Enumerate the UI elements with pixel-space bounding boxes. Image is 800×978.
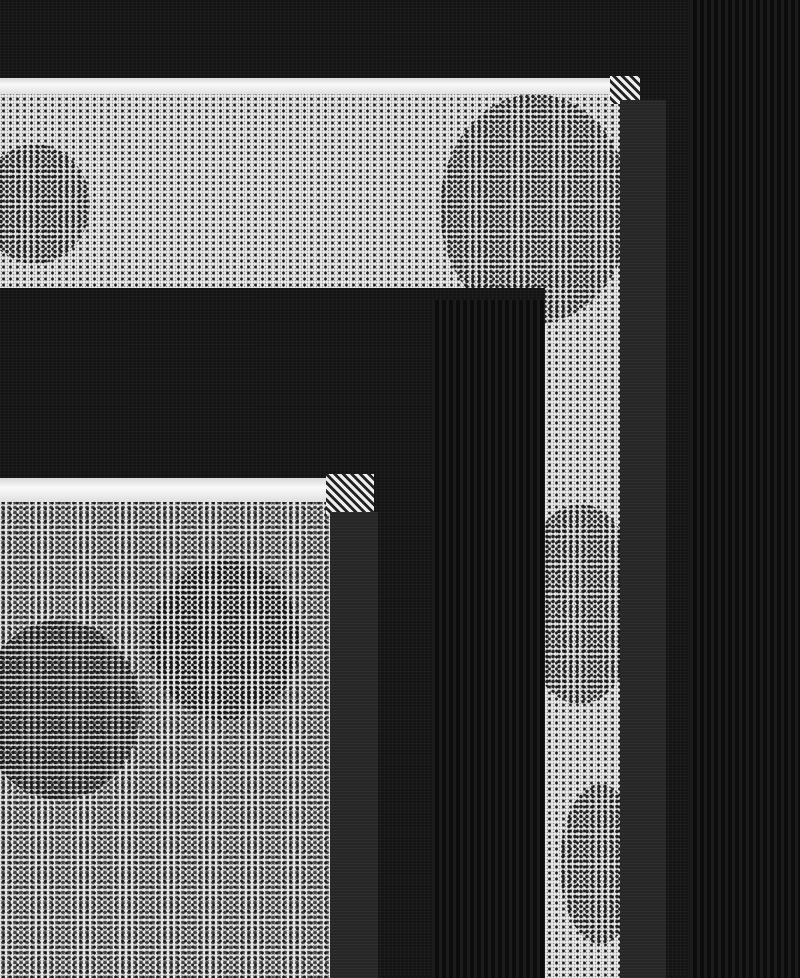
large-towel-white-hem [0, 78, 612, 94]
small-jacquard-towel [0, 500, 330, 978]
pattern-blotch [0, 144, 90, 264]
small-towel-white-hem [0, 478, 330, 502]
pattern-blotch [150, 560, 300, 720]
middle-towel-ribbed-border [432, 300, 545, 978]
small-towel-corner-tag [326, 474, 374, 514]
back-towel-ribbed-border [690, 0, 800, 978]
large-towel-dark-side-hem [620, 100, 666, 978]
small-towel-dark-side-hem [330, 512, 378, 978]
